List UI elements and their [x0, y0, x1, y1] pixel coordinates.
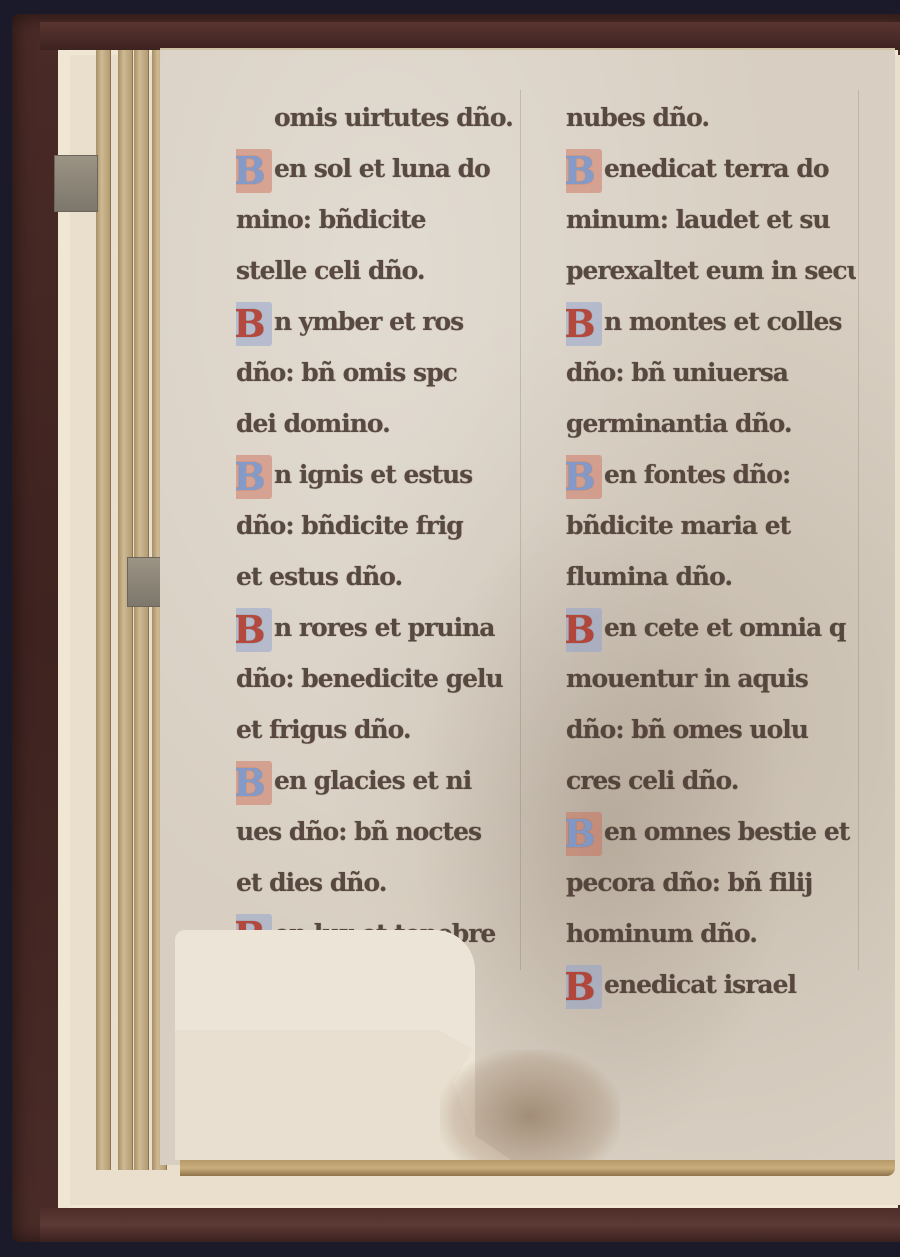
text-line: minum: laudet et su	[566, 194, 856, 245]
text-line: flumina dño.	[566, 551, 856, 602]
text-line: Ben cete et omnia q	[566, 602, 856, 653]
text-line: Bn ymber et ros	[236, 296, 526, 347]
text-line: dei domino.	[236, 398, 526, 449]
text-line: omis uirtutes dño.	[236, 92, 526, 143]
leaf-edge	[96, 50, 111, 1170]
illuminated-initial: B	[236, 608, 272, 652]
text-line: Bn rores et pruina	[236, 602, 526, 653]
text-line: stelle celi dño.	[236, 245, 526, 296]
illuminated-initial: B	[566, 812, 602, 856]
text-line: et estus dño.	[236, 551, 526, 602]
text-line: et dies dño.	[236, 857, 526, 908]
text-line: mino: bñdicite	[236, 194, 526, 245]
leaf-edge	[134, 50, 149, 1170]
text-line: dño: bñ omes uolu	[566, 704, 856, 755]
illuminated-initial: B	[566, 965, 602, 1009]
leaf-bottom-edge	[180, 1160, 895, 1176]
text-line: Ben omnes bestie et	[566, 806, 856, 857]
text-line: dño: bñ uniuersa	[566, 347, 856, 398]
illuminated-initial: B	[236, 149, 272, 193]
folder-top-edge	[40, 22, 900, 50]
water-stain	[440, 1050, 620, 1160]
text-line: Benedicat israel	[566, 959, 856, 1010]
text-line: bñdicite maria et	[566, 500, 856, 551]
text-column-left: omis uirtutes dño. Ben sol et luna do mi…	[236, 92, 526, 1010]
illuminated-initial: B	[566, 149, 602, 193]
text-line: germinantia dño.	[566, 398, 856, 449]
illuminated-initial: B	[236, 302, 272, 346]
text-column-right: nubes dño. Benedicat terra do minum: lau…	[566, 92, 856, 1010]
text-line: Bn ignis et estus	[236, 449, 526, 500]
text-line: dño: bñdicite frig	[236, 500, 526, 551]
folder-bottom-edge	[40, 1208, 900, 1242]
text-line: Bn montes et colles	[566, 296, 856, 347]
text-line: perexaltet eum in secula.	[566, 245, 856, 296]
text-line: Benedicat terra do	[566, 143, 856, 194]
text-line: cres celi dño.	[566, 755, 856, 806]
guard-tab	[54, 155, 98, 212]
text-line: Ben fontes dño:	[566, 449, 856, 500]
text-line: Ben glacies et ni	[236, 755, 526, 806]
text-line: et frigus dño.	[236, 704, 526, 755]
text-line: mouentur in aquis	[566, 653, 856, 704]
text-line: Ben sol et luna do	[236, 143, 526, 194]
text-line: dño: bñ omis spc	[236, 347, 526, 398]
text-line: hominum dño.	[566, 908, 856, 959]
illuminated-initial: B	[566, 302, 602, 346]
text-line: pecora dño: bñ filij	[566, 857, 856, 908]
initial-letter	[236, 98, 272, 142]
illuminated-initial: B	[236, 455, 272, 499]
illuminated-initial: B	[566, 608, 602, 652]
text-line: nubes dño.	[566, 92, 856, 143]
column-ruling	[858, 90, 859, 970]
text-line: ues dño: bñ noctes	[236, 806, 526, 857]
illuminated-initial: B	[236, 761, 272, 805]
illuminated-initial: B	[566, 455, 602, 499]
leaf-edge	[118, 50, 133, 1170]
text-line: dño: benedicite gelu	[236, 653, 526, 704]
